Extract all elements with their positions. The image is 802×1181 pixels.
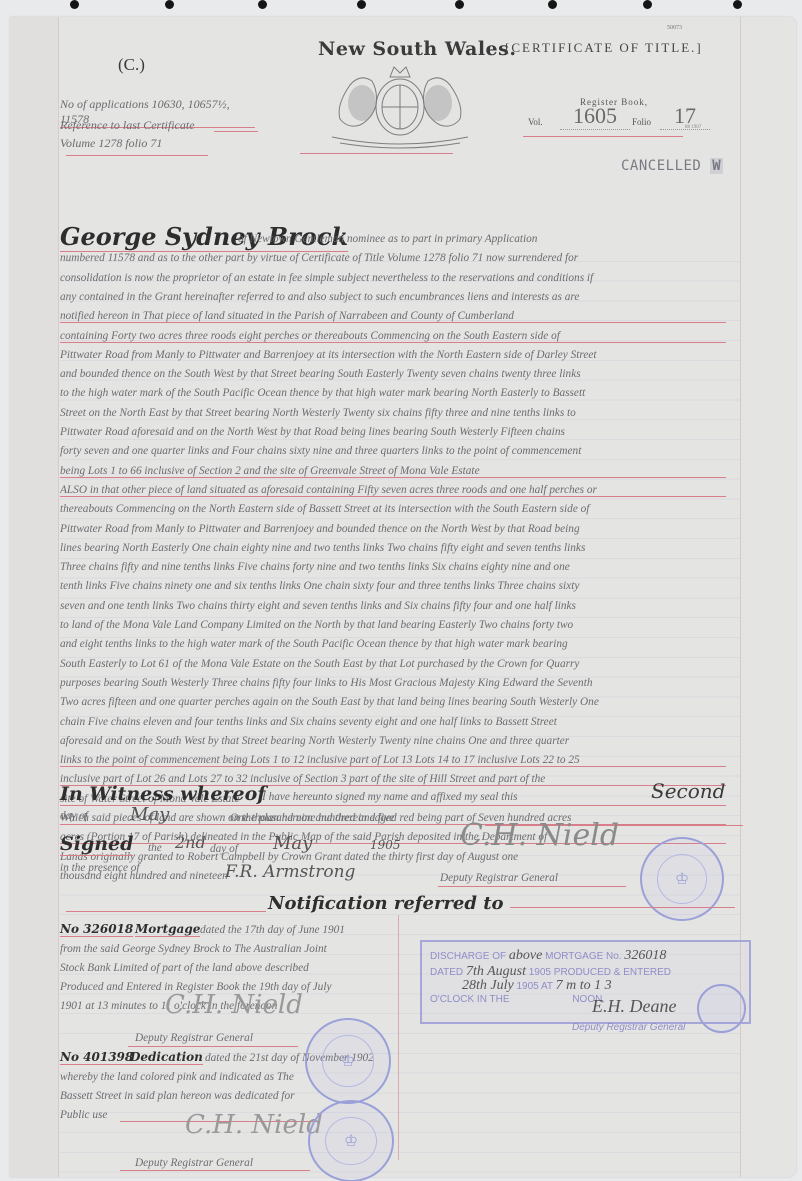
mortgage-signatory-title: Deputy Registrar General <box>135 1032 315 1044</box>
volume-folio-row: Vol. 1605 Folio 17 <box>528 103 703 129</box>
body-line: consolidation is now the proprietor of a… <box>60 272 726 284</box>
folio-label: Folio <box>632 117 651 127</box>
entered-date: 28th July <box>462 978 514 993</box>
signed-day: 2nd <box>175 833 206 852</box>
signed-the-label: the <box>148 842 178 854</box>
binder-hole <box>357 0 366 9</box>
dedication-line: Public use <box>60 1109 140 1121</box>
vol-value: 1605 <box>560 103 630 130</box>
produced-entered-label: PRODUCED & ENTERED <box>554 967 671 978</box>
binder-holes <box>0 0 802 14</box>
rule <box>510 907 735 908</box>
binder-hole <box>455 0 464 9</box>
registrar-general-seal <box>697 984 746 1033</box>
body-line: Pittwater Road from Manly to Pittwater a… <box>60 349 726 361</box>
body-line: to land of the Mona Vale Land Company Li… <box>60 619 726 631</box>
body-line: Pittwater Road from Manly to Pittwater a… <box>60 523 726 535</box>
body-line: Two acres fifteen and one quarter perche… <box>60 696 726 708</box>
reference-line: Reference to last Certificate <box>60 118 195 133</box>
serial-number: 50073 <box>667 25 682 31</box>
form-code: 88 1907 <box>685 125 701 130</box>
body-line: lines bearing North Easterly One chain e… <box>60 542 726 554</box>
discharge-row: 28th July 1905 AT 7 m to 1 3 <box>462 978 612 994</box>
signed-month: May <box>273 833 312 854</box>
certificate-title: [CERTIFICATE OF TITLE.] <box>505 40 703 56</box>
rule <box>523 136 683 137</box>
binder-hole <box>733 0 742 9</box>
body-line: of Newtown Gentleman nominee as to part … <box>238 233 728 245</box>
registrar-general-seal: ♔ <box>640 837 724 921</box>
registrar-general-seal: ♔ <box>308 1100 394 1181</box>
witness-text: I have hereunto signed my name and affix… <box>262 791 642 803</box>
volume-reference: Volume 1278 folio 71 <box>60 136 162 151</box>
binder-hole <box>548 0 557 9</box>
mortgage-no-label: MORTGAGE No. <box>545 951 622 962</box>
body-line: and eight tenths links to the high water… <box>60 638 726 650</box>
binder-hole <box>165 0 174 9</box>
mortgage-signature: C.H. Nield <box>165 990 303 1020</box>
cancelled-stamp: CANCELLED W <box>621 158 723 174</box>
signed-day-of-label: day of <box>210 843 270 855</box>
mortgage-line: dated the 17th day of June 1901 <box>200 924 390 936</box>
binder-hole <box>643 0 652 9</box>
oclock-label: O'CLOCK IN THE <box>430 994 510 1005</box>
body-line: notified hereon in That piece of land si… <box>60 310 726 323</box>
discharge-handwritten: above <box>509 948 542 963</box>
body-line: containing Forty two acres three roods e… <box>60 330 726 343</box>
body-line: and bounded thence on the South West by … <box>60 368 726 380</box>
crest-icon: ♔ <box>657 854 707 904</box>
binding-strip <box>10 17 59 1177</box>
registrar-title: Deputy Registrar General <box>440 872 620 884</box>
rule <box>128 1046 298 1047</box>
dated-year: 1905 <box>529 967 551 978</box>
body-line: purposes bearing South Westerly Three ch… <box>60 677 726 689</box>
cancelled-text: CANCELLED <box>621 158 701 174</box>
witness-signature: F.R. Armstrong <box>225 862 355 882</box>
body-line: seven and one tenth links Two chains thi… <box>60 600 726 612</box>
body-line: being Lots 1 to 66 inclusive of Section … <box>60 465 726 478</box>
mortgage-type: Mortgage <box>135 922 200 937</box>
body-line: Street on the North East by that Street … <box>60 407 726 419</box>
registrar-signature: C.H. Nield <box>460 818 619 853</box>
cancelled-initial: W <box>710 158 723 174</box>
body-line: aforesaid and on the South West by that … <box>60 735 726 747</box>
body-line: Pittwater Road aforesaid and on the Nort… <box>60 426 726 438</box>
body-line: to the high water mark of the South Paci… <box>60 387 726 399</box>
rule <box>438 886 626 887</box>
notification-heading: Notification referred to <box>268 893 504 914</box>
discharge-of-mortgage-stamp: DISCHARGE OF above MORTGAGE No. 326018 D… <box>420 940 751 1024</box>
witness-year-text: One thousand nine hundred and five <box>230 812 480 824</box>
notification-column-rule <box>398 915 399 1160</box>
crest-icon: ♔ <box>325 1117 376 1166</box>
signed-year: 1905 <box>370 838 401 852</box>
discharge-row: O'CLOCK IN THE NOON. <box>430 994 605 1005</box>
coat-of-arms-icon <box>310 45 490 150</box>
registrar-general-seal: ♔ <box>305 1018 391 1104</box>
body-line: forty seven and one quarter links and Fo… <box>60 445 726 457</box>
discharge-signature: E.H. Deane <box>592 996 676 1017</box>
rule <box>66 911 266 912</box>
dedication-signature: C.H. Nield <box>185 1110 323 1140</box>
binder-hole <box>70 0 79 9</box>
body-line: ALSO in that other piece of land situate… <box>60 484 726 497</box>
in-witness-heading: In Witness whereof <box>60 783 265 806</box>
witness-day: Second <box>651 779 725 803</box>
signed-heading: Signed <box>60 833 133 856</box>
mortgage-line: Stock Bank Limited of part of the land a… <box>60 962 390 974</box>
binder-hole <box>258 0 267 9</box>
witness-month: May <box>130 804 169 825</box>
rule <box>214 131 258 132</box>
body-line: links to the point of commencement being… <box>60 754 726 767</box>
discharge-row: DISCHARGE OF above MORTGAGE No. 326018 <box>430 948 666 964</box>
dedication-signatory-title: Deputy Registrar General <box>135 1157 315 1169</box>
dedication-number: No 401398 <box>60 1050 133 1065</box>
body-line: thereabouts Commencing on the North East… <box>60 503 726 515</box>
mortgage-number: No 326018 <box>60 922 133 937</box>
dated-label: DATED <box>430 967 463 978</box>
presence-label: in the presence of <box>60 862 190 874</box>
rule <box>120 1170 310 1171</box>
mortgage-no-value: 326018 <box>624 948 666 963</box>
body-line: tenth links Five chains ninety one and s… <box>60 580 726 592</box>
rule <box>66 155 208 156</box>
entered-year: 1905 AT <box>517 981 553 992</box>
dated-value: 7th August <box>466 964 526 979</box>
body-line: Three chains fifty and nine tenths links… <box>60 561 726 573</box>
body-line: numbered 11578 and as to the other part … <box>60 252 726 264</box>
crest-icon: ♔ <box>322 1035 373 1086</box>
form-marker: (C.) <box>118 55 145 75</box>
rule <box>300 153 453 154</box>
discharge-signatory-title: Deputy Registrar General <box>572 1022 685 1033</box>
vol-label: Vol. <box>528 117 543 127</box>
body-line: any contained in the Grant hereinafter r… <box>60 291 726 303</box>
body-line: South Easterly to Lot 61 of the Mona Val… <box>60 658 726 670</box>
body-line: chain Five chains eleven and four tenths… <box>60 716 726 728</box>
discharge-label: DISCHARGE OF <box>430 951 506 962</box>
day-of-label: day of <box>60 810 120 822</box>
entered-time: 7 m to 1 3 <box>556 978 612 993</box>
dedication-type: Dedication <box>130 1050 203 1065</box>
mortgage-line: from the said George Sydney Brock to The… <box>60 943 390 955</box>
